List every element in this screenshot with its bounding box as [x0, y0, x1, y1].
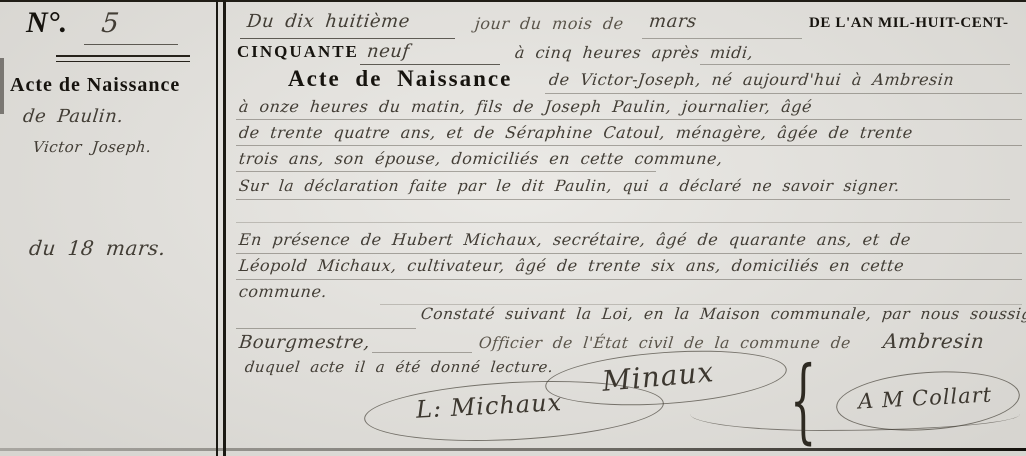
- body-line-witness1: En présence de Hubert Michaux, secrétair…: [238, 230, 912, 249]
- baseline: [236, 199, 1010, 200]
- printed-year-prefix: DE L'AN MIL-HUIT-CENT-: [809, 15, 1009, 32]
- margin-double-rule: [56, 55, 190, 62]
- empty-ruled-line: [236, 222, 1022, 223]
- printed-year-decade: CINQUANTE: [237, 42, 359, 62]
- blank-segment: [236, 328, 416, 329]
- closing-commune-text: Ambresin: [882, 329, 986, 353]
- baseline: [236, 145, 1022, 146]
- time-text: à cinq heures après midi,: [514, 43, 754, 62]
- blank-segment: [372, 352, 472, 353]
- act-number-value: 5: [100, 8, 121, 39]
- margin-act-title: Acte de Naissance: [10, 74, 180, 97]
- document-scan: N°. 5 Acte de Naissance de Paulin. Victo…: [0, 0, 1026, 456]
- blank-line: [545, 93, 1022, 94]
- date-month-text: mars: [648, 11, 698, 32]
- bottom-border-line: [0, 448, 1026, 451]
- margin-subject-line1: de Paulin.: [22, 106, 125, 127]
- blank-line: [360, 64, 500, 65]
- body-line-closing: Constaté suivant la Loi, en la Maison co…: [420, 305, 1026, 323]
- body-line-witness3: commune.: [238, 282, 328, 301]
- margin-subject-line2: Victor Joseph.: [32, 138, 152, 156]
- body-line-witness2: Léopold Michaux, cultivateur, âgé de tre…: [238, 256, 905, 275]
- body-line-declaration: Sur la déclaration faite par le dit Paul…: [238, 177, 901, 195]
- margin-divider-thick: [223, 0, 226, 456]
- body-line-lecture: duquel acte il a été donné lecture.: [244, 358, 554, 376]
- blank-line: [642, 38, 802, 39]
- year-unit-text: neuf: [366, 41, 411, 62]
- signature-tail-flourish: [690, 414, 1020, 431]
- blank-line: [240, 38, 455, 39]
- baseline: [236, 171, 656, 172]
- margin-divider-thin: [216, 0, 218, 456]
- body-line-birth: à onze heures du matin, fils de Joseph P…: [238, 97, 813, 116]
- date-mid-text: jour du mois de: [474, 14, 625, 33]
- act-number-label: N°.: [26, 6, 67, 40]
- top-border-line: [0, 0, 1026, 2]
- body-line-parents: de trente quatre ans, et de Séraphine Ca…: [238, 123, 914, 142]
- baseline: [236, 119, 1022, 120]
- blank-line: [700, 64, 1010, 65]
- number-underline: [84, 44, 178, 45]
- act-intro-text: de Victor-Joseph, né aujourd'hui à Ambre…: [548, 70, 955, 89]
- closing-title-text: Bourgmestre,: [238, 332, 371, 353]
- body-line-mother-end: trois ans, son épouse, domiciliés en cet…: [238, 149, 724, 168]
- ink-smudge: [0, 58, 4, 114]
- act-heading: Acte de Naissance: [288, 66, 512, 92]
- date-day-text: Du dix huitième: [246, 11, 411, 32]
- baseline: [236, 253, 1022, 254]
- margin-date: du 18 mars.: [28, 236, 167, 260]
- baseline: [236, 279, 1022, 280]
- signature-brace: {: [790, 350, 816, 455]
